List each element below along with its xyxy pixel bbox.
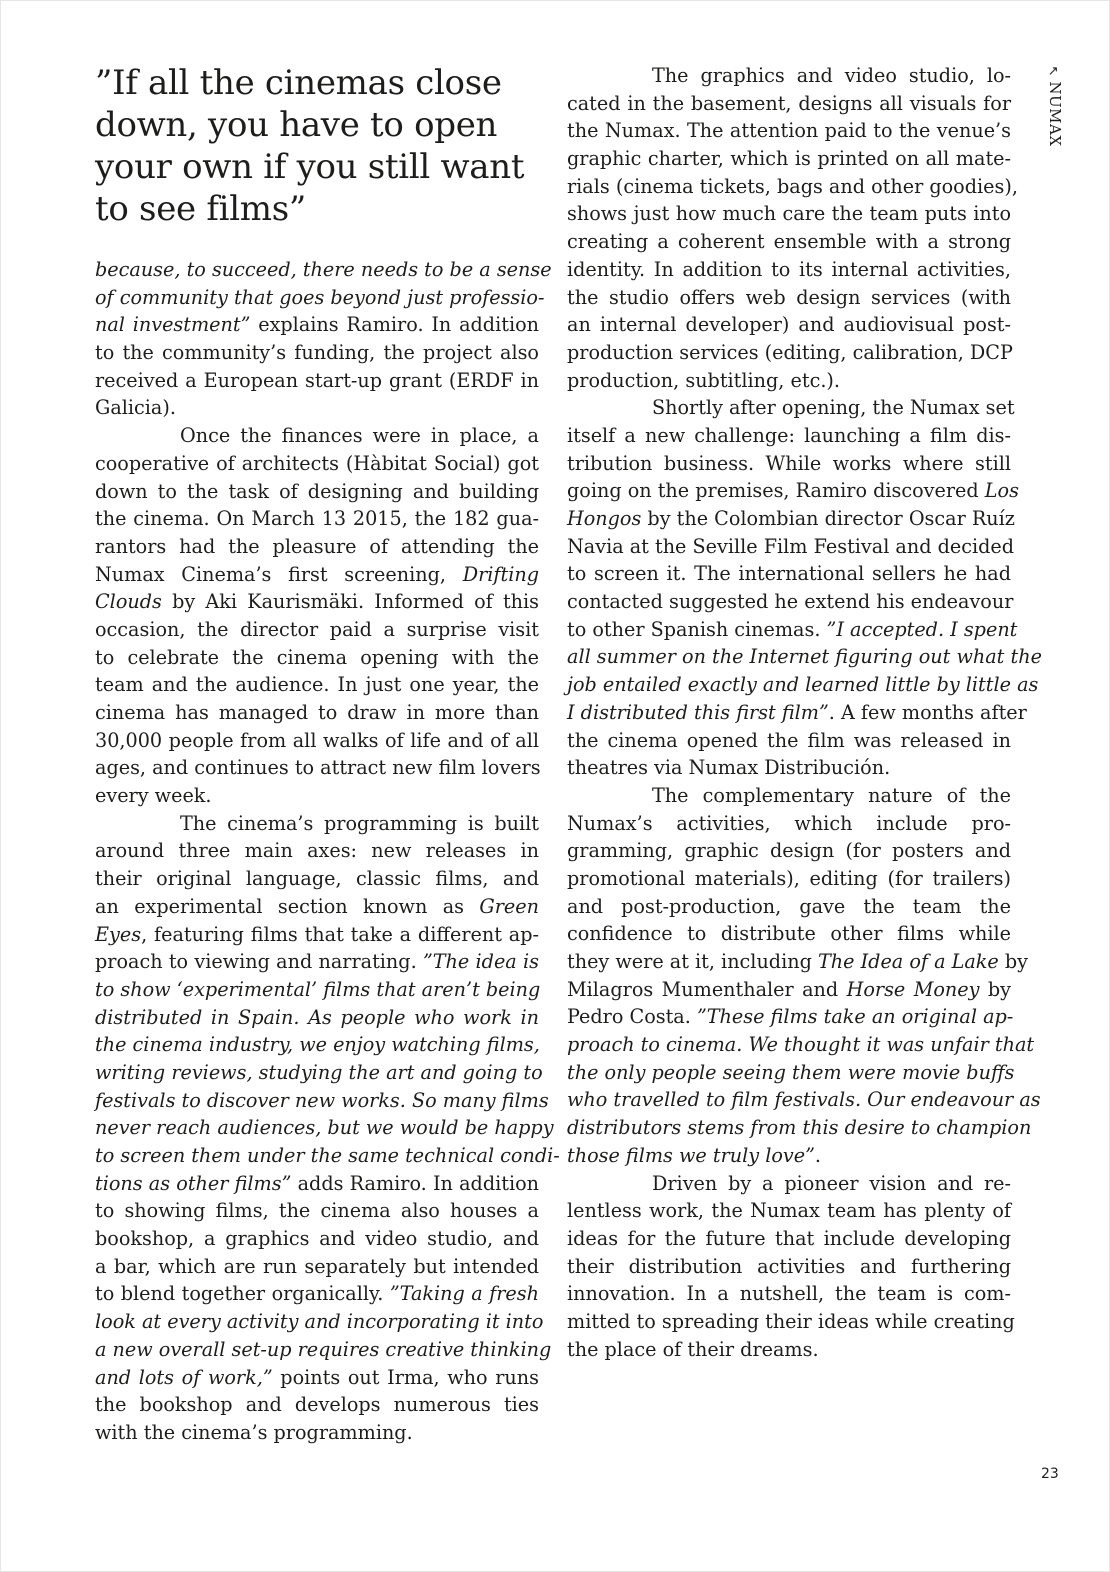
text-line: distributed in Spain. As people who work… [95, 1004, 539, 1032]
text-line: festivals to discover new works. So many… [95, 1087, 539, 1115]
text-line: the cinema opened the film was released … [567, 727, 1011, 755]
text-line: innovation. In a nutshell, the team is c… [567, 1280, 1011, 1308]
text-line: to screen it. The international sellers … [567, 560, 1011, 588]
text-line: every week. [95, 782, 539, 810]
text-line: Numax’s activities, which include pro- [567, 810, 1011, 838]
text-line: graphic charter, which is printed on all… [567, 145, 1011, 173]
text-line: and post-production, gave the team the [567, 893, 1011, 921]
left-column-body: because, to succeed, there needs to be a… [95, 256, 539, 1447]
text-line: and lots of work,” points out Irma, who … [95, 1364, 539, 1392]
pull-quote-line: your own if you still want [95, 146, 555, 188]
text-line: the only people seeing them were movie b… [567, 1059, 1011, 1087]
text-line: to show ‘experimental’ films that aren’t… [95, 976, 539, 1004]
text-line: who travelled to film festivals. Our end… [567, 1086, 1011, 1114]
text-line: Milagros Mumenthaler and Horse Money by [567, 976, 1011, 1004]
text-line: the cinema industry, we enjoy watching f… [95, 1031, 539, 1059]
text-line: to celebrate the cinema opening with the [95, 644, 539, 672]
text-line: the Numax. The attention paid to the ven… [567, 117, 1011, 145]
text-line: around three main axes: new releases in [95, 837, 539, 865]
text-line: Hongos by the Colombian director Oscar R… [567, 505, 1011, 533]
text-line: to other Spanish cinemas. ”I accepted. I… [567, 616, 1011, 644]
text-line: of community that goes beyond just profe… [95, 284, 539, 312]
text-line: rials (cinema tickets, bags and other go… [567, 173, 1011, 201]
text-line: the cinema. On March 13 2015, the 182 gu… [95, 505, 539, 533]
text-line: they were at it, including The Idea of a… [567, 948, 1011, 976]
text-line: gramming, graphic design (for posters an… [567, 837, 1011, 865]
text-line: rantors had the pleasure of attending th… [95, 533, 539, 561]
text-line: look at every activity and incorporating… [95, 1308, 539, 1336]
text-line: identity. In addition to its internal ac… [567, 256, 1011, 284]
text-line: Once the finances were in place, a [95, 422, 539, 450]
text-line: Clouds by Aki Kaurismäki. Informed of th… [95, 588, 539, 616]
text-line: proach to cinema. We thought it was unfa… [567, 1031, 1011, 1059]
text-line: with the cinema’s programming. [95, 1419, 539, 1447]
text-line: theatres via Numax Distribución. [567, 754, 1011, 782]
text-line: those films we truly love”. [567, 1142, 1011, 1170]
text-line: bookshop, a graphics and video studio, a… [95, 1225, 539, 1253]
text-line: shows just how much care the team puts i… [567, 200, 1011, 228]
text-line: production, subtitling, etc.). [567, 367, 1011, 395]
text-line: the place of their dreams. [567, 1336, 1011, 1364]
text-line: Navia at the Seville Film Festival and d… [567, 533, 1011, 561]
text-line: ideas for the future that include develo… [567, 1225, 1011, 1253]
text-line: to blend together organically. ”Taking a… [95, 1280, 539, 1308]
section-label-text: NUMAX [1046, 81, 1064, 146]
text-line: to showing films, the cinema also houses… [95, 1197, 539, 1225]
text-line: tribution business. While works where st… [567, 450, 1011, 478]
text-line: cinema has managed to draw in more than [95, 699, 539, 727]
text-line: ages, and continues to attract new film … [95, 754, 539, 782]
pull-quote-line: to see films” [95, 188, 555, 230]
text-line: proach to viewing and narrating. ”The id… [95, 948, 539, 976]
text-line: received a European start-up grant (ERDF… [95, 367, 539, 395]
text-line: tions as other films” adds Ramiro. In ad… [95, 1170, 539, 1198]
text-line: never reach audiences, but we would be h… [95, 1114, 539, 1142]
text-line: The graphics and video studio, lo- [567, 62, 1011, 90]
text-line: I distributed this first film”. A few mo… [567, 699, 1011, 727]
text-line: the bookshop and develops numerous ties [95, 1391, 539, 1419]
text-line: to the community’s funding, the project … [95, 339, 539, 367]
text-line: lentless work, the Numax team has plenty… [567, 1197, 1011, 1225]
pull-quote-line: ”If all the cinemas close [95, 62, 555, 104]
text-line: job entailed exactly and learned little … [567, 671, 1011, 699]
text-line: mitted to spreading their ideas while cr… [567, 1308, 1011, 1336]
text-line: because, to succeed, there needs to be a… [95, 256, 539, 284]
text-line: Eyes, featuring films that take a differ… [95, 921, 539, 949]
page-number: 23 [1041, 1466, 1059, 1482]
text-line: Galicia). [95, 394, 539, 422]
text-line: a new overall set-up requires creative t… [95, 1336, 539, 1364]
text-line: team and the audience. In just one year,… [95, 671, 539, 699]
pull-quote-line: down, you have to open [95, 104, 555, 146]
right-column-body: The graphics and video studio, lo-cated … [567, 62, 1011, 1363]
text-line: distributors stems from this desire to c… [567, 1114, 1011, 1142]
text-line: all summer on the Internet figuring out … [567, 643, 1011, 671]
text-line: writing reviews, studying the art and go… [95, 1059, 539, 1087]
text-line: creating a coherent ensemble with a stro… [567, 228, 1011, 256]
pull-quote: ”If all the cinemas close down, you have… [95, 62, 555, 230]
text-line: their original language, classic films, … [95, 865, 539, 893]
text-line: 30,000 people from all walks of life and… [95, 727, 539, 755]
text-line: promotional materials), editing (for tra… [567, 865, 1011, 893]
text-line: the studio offers web design services (w… [567, 284, 1011, 312]
text-line: a bar, which are run separately but inte… [95, 1253, 539, 1281]
text-line: cated in the basement, designs all visua… [567, 90, 1011, 118]
text-line: Numax Cinema’s first screening, Drifting [95, 561, 539, 589]
text-line: itself a new challenge: launching a film… [567, 422, 1011, 450]
section-label: ↗NUMAX [1040, 66, 1064, 156]
text-line: The complementary nature of the [567, 782, 1011, 810]
text-line: The cinema’s programming is built [95, 810, 539, 838]
text-line: an internal developer) and audiovisual p… [567, 311, 1011, 339]
text-line: an experimental section known as Green [95, 893, 539, 921]
text-line: going on the premises, Ramiro discovered… [567, 477, 1011, 505]
text-line: cooperative of architects (Hàbitat Socia… [95, 450, 539, 478]
text-line: down to the task of designing and buildi… [95, 478, 539, 506]
text-line: contacted suggested he extend his endeav… [567, 588, 1011, 616]
text-line: Shortly after opening, the Numax set [567, 394, 1011, 422]
text-line: their distribution activities and furthe… [567, 1253, 1011, 1281]
text-line: Pedro Costa. ”These films take an origin… [567, 1003, 1011, 1031]
arrow-icon: ↗ [1048, 64, 1059, 79]
text-line: occasion, the director paid a surprise v… [95, 616, 539, 644]
text-line: Driven by a pioneer vision and re- [567, 1170, 1011, 1198]
text-line: production services (editing, calibratio… [567, 339, 1011, 367]
text-line: nal investment” explains Ramiro. In addi… [95, 311, 539, 339]
text-line: to screen them under the same technical … [95, 1142, 539, 1170]
text-line: confidence to distribute other films whi… [567, 920, 1011, 948]
